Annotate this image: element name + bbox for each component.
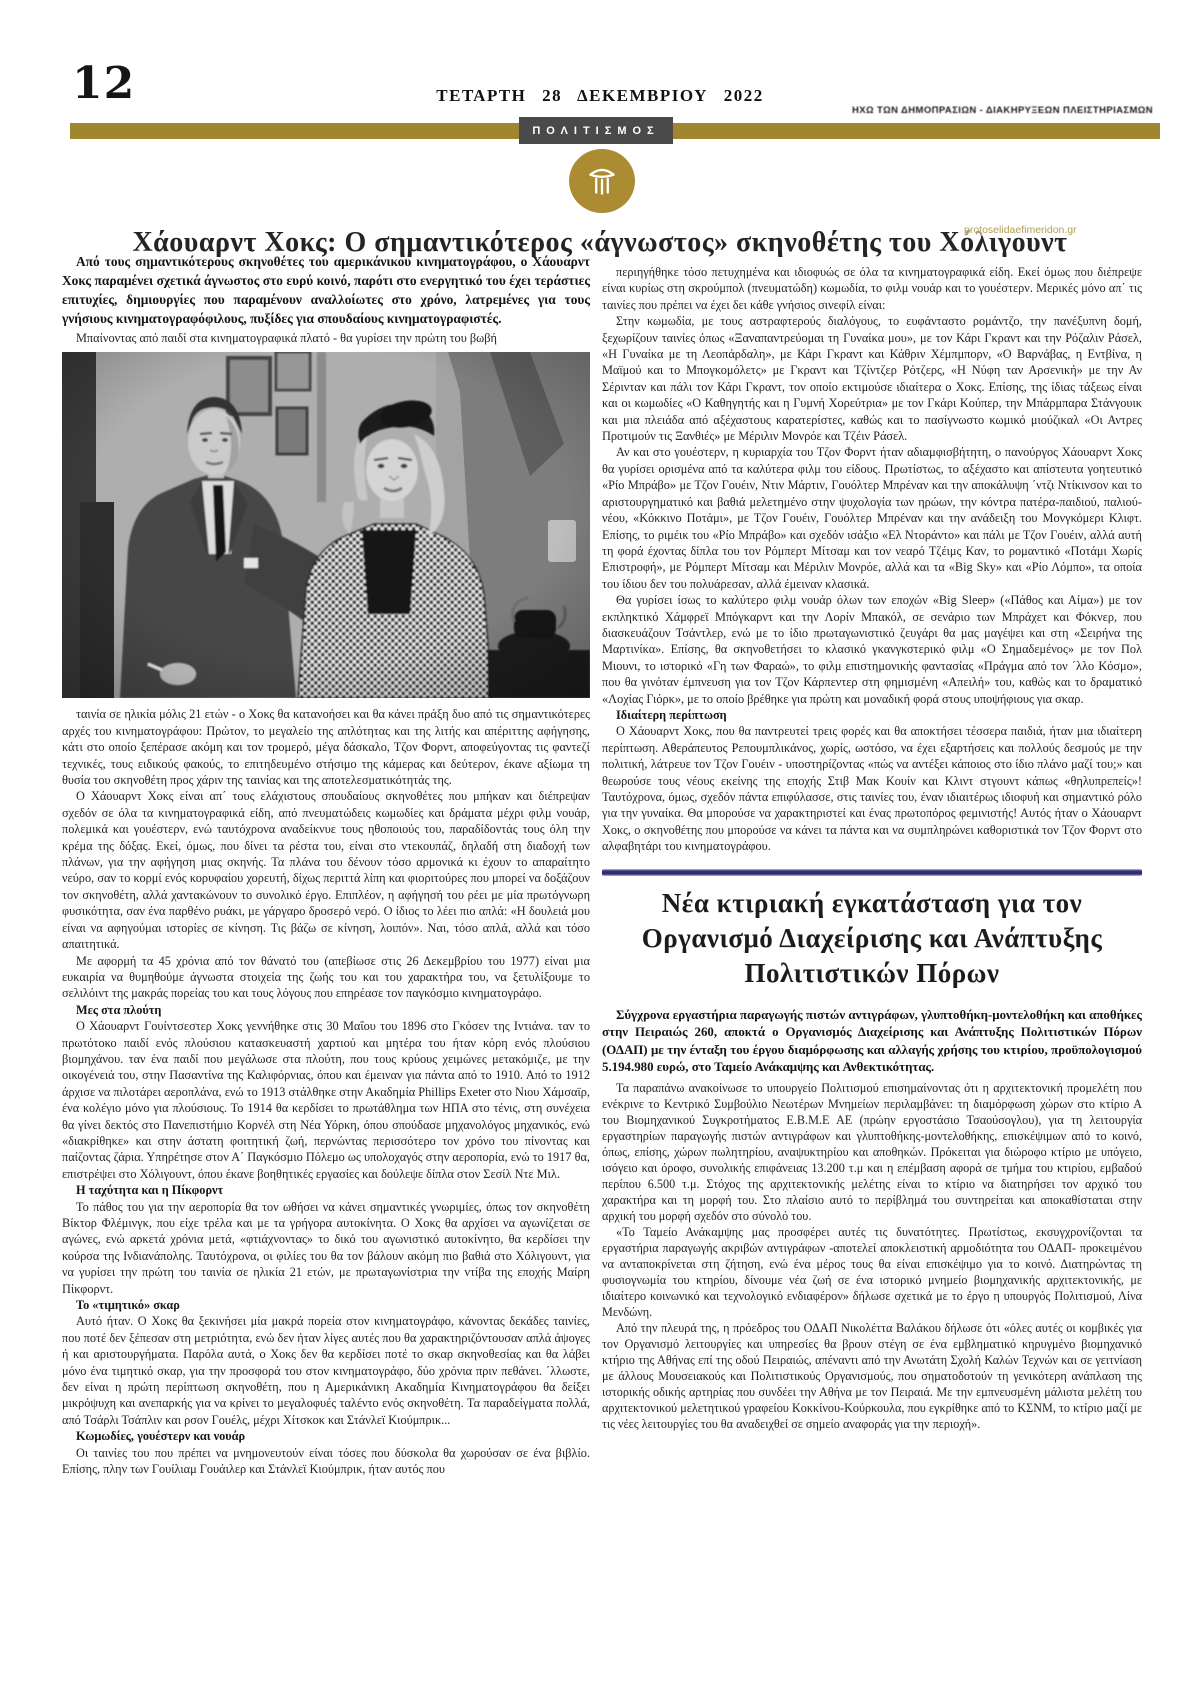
article1-paragraph: Οι ταινίες του που πρέπει να μνημονευτού… [62,1445,590,1478]
watermark: protoselidaefimeridon.gr [962,224,1079,236]
article1-paragraph: Ο Χάουαρντ Χοκς, που θα παντρευτεί τρεις… [602,723,1142,854]
article1-subhead-comedies: Κωμωδίες, γουέστερν και νουάρ [62,1428,590,1444]
page-content: Από τους σημαντικότερους σκηνοθέτες του … [62,252,1142,1478]
section-label: ΠΟΛΙΤΙΣΜΟΣ [519,117,673,144]
article2-paragraph: Τα παραπάνω ανακοίνωσε το υπουργείο Πολι… [602,1080,1142,1224]
masthead-title: ΗΧΩ ΤΩΝ ΔΗΜΟΠΡΑΣΙΩΝ - ΔΙΑΚΗΡΥΞΕΩΝ ΠΛΕΙΣΤ… [852,105,1168,116]
article1-subhead-wealth: Μες στα πλούτη [62,1002,590,1018]
article2: Νέα κτιριακή εγκατάσταση για τον Οργανισ… [602,886,1142,1432]
article1-subhead-oscar: Το «τιμητικό» σκαρ [62,1297,590,1313]
article1-paragraph: Ο Χάουαρντ Γουίντσεστερ Χοκς γεννήθηκε σ… [62,1018,590,1182]
article2-paragraph: Από την πλευρά της, η πρόεδρος του ΟΔΑΠ … [602,1320,1142,1432]
newspaper-page: { "page": { "number": "12", "dateline": … [0,0,1200,1697]
article1-paragraph: Αυτό ήταν. Ο Χοκς θα ξεκινήσει μία μακρά… [62,1313,590,1428]
article1-paragraph: Στην κωμωδία, με τους αστραφτερούς διαλό… [602,313,1142,444]
article1-lede: Από τους σημαντικότερους σκηνοθέτες του … [62,252,590,328]
article1-subhead-special: Ιδιαίτερη περίπτωση [602,707,1142,723]
article1-paragraph: Με αφορμή τα 45 χρόνια από τον θάνατό το… [62,953,590,1002]
article1-paragraph: Το πάθος του για την αεροπορία θα τον ωθ… [62,1199,590,1297]
article1-paragraph: ταινία σε ηλικία μόλις 21 ετών - ο Χοκς … [62,706,590,788]
culture-column-icon [569,149,635,213]
article1-subhead-speed: Η ταχύτητα και η Πίκφορντ [62,1182,590,1198]
article2-lede: Σύγχρονα εργαστήρια παραγωγής πιστών αντ… [602,1007,1142,1077]
article2-headline: Νέα κτιριακή εγκατάσταση για τον Οργανισ… [612,886,1132,991]
right-column: περιηγήθηκε τόσο πετυχημένα και ιδιοφυώς… [602,252,1142,1478]
article1-paragraph: περιηγήθηκε τόσο πετυχημένα και ιδιοφυώς… [602,264,1142,313]
dateline: ΤΕΤΑΡΤΗ 28 ΔΕΚΕΜΒΡΙΟΥ 2022 [0,86,1200,106]
article2-paragraph: «Το Ταμείο Ανάκαμψης μας προσφέρει αυτές… [602,1224,1142,1320]
article1-paragraph: Θα γυρίσει ίσως το καλύτερο φιλμ νουάρ ό… [602,592,1142,707]
article1-paragraph: Ο Χάουαρντ Χοκς είναι απ΄ τους ελάχιστου… [62,788,590,952]
film-still-photo [62,352,590,698]
article1-left-column: Από τους σημαντικότερους σκηνοθέτες του … [62,252,590,1478]
article1-paragraph: Μπαίνοντας από παιδί στα κινηματογραφικά… [62,330,590,346]
article1-paragraph: Αν και στο γουέστερν, η κυριαρχία του Τζ… [602,444,1142,592]
article-divider-rule [602,869,1142,876]
